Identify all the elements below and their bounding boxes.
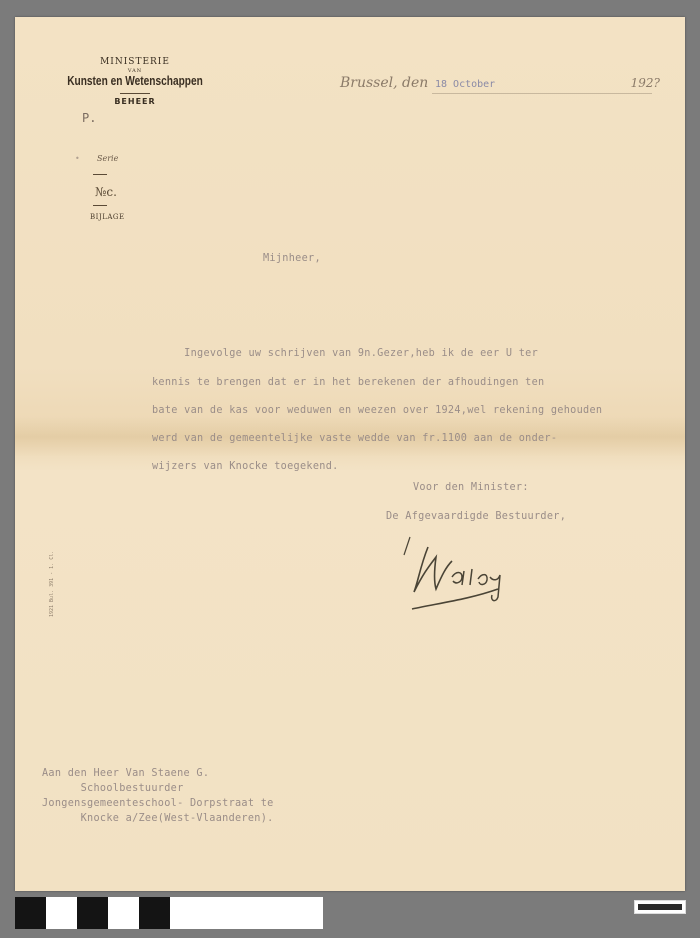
scale-swatch-white bbox=[108, 897, 139, 929]
scale-swatch-white bbox=[46, 897, 77, 929]
color-scale-bar bbox=[15, 897, 323, 929]
serie-divider bbox=[93, 174, 107, 175]
letterhead-department: BEHEER bbox=[45, 97, 225, 106]
signature bbox=[390, 527, 570, 622]
body-line: Ingevolge uw schrijven van 9n.Gezer,heb … bbox=[152, 348, 538, 359]
letterhead-ministerie: MINISTERIE bbox=[45, 57, 225, 67]
body-line: kennis te brengen dat er in het berekene… bbox=[152, 377, 544, 388]
scale-swatch-white-wide bbox=[170, 897, 323, 929]
letterhead: MINISTERIE VAN Kunsten en Wetenschappen … bbox=[45, 57, 225, 106]
salutation: Mijnheer, bbox=[263, 253, 321, 264]
body-line: bate van de kas voor weduwen en weezen o… bbox=[152, 405, 602, 416]
address-line: Aan den Heer Van Staene G. bbox=[42, 766, 209, 781]
side-print: 1921 Bul. 391 - 1. Cl. bbox=[49, 551, 55, 617]
label-barcode bbox=[638, 904, 682, 910]
scale-swatch-black bbox=[77, 897, 108, 929]
address-line: Jongensgemeenteschool- Dorpstraat te bbox=[42, 796, 274, 811]
date-value: 18 October bbox=[435, 79, 495, 90]
date-year: 192? bbox=[631, 76, 660, 90]
scale-swatch-black bbox=[15, 897, 46, 929]
date-underline bbox=[432, 93, 652, 94]
letter-page: MINISTERIE VAN Kunsten en Wetenschappen … bbox=[15, 17, 685, 891]
closing-line-1: Voor den Minister: bbox=[413, 482, 529, 493]
closing-line-2: De Afgevaardigde Bestuurder, bbox=[386, 511, 566, 522]
address-line: Knocke a/Zee(West-Vlaanderen). bbox=[42, 811, 274, 826]
number-label: №c. bbox=[95, 185, 117, 199]
dateline: Brussel, den 18 October 192? bbox=[340, 75, 670, 95]
archive-label-tag bbox=[634, 900, 686, 914]
serie-marker: • bbox=[75, 154, 80, 163]
letterhead-ministry-name: Kunsten en Wetenschappen bbox=[65, 73, 205, 88]
date-place: Brussel, den bbox=[340, 75, 428, 91]
department-code: P. bbox=[82, 111, 96, 125]
body-line: wijzers van Knocke toegekend. bbox=[152, 461, 339, 472]
serie-label: Serie bbox=[97, 154, 118, 163]
number-divider bbox=[93, 205, 107, 206]
address-line: Schoolbestuurder bbox=[42, 781, 184, 796]
bijlage-label: BIJLAGE bbox=[90, 213, 125, 221]
letterhead-divider bbox=[120, 93, 150, 94]
scale-swatch-black bbox=[139, 897, 170, 929]
body-line: werd van de gemeentelijke vaste wedde va… bbox=[152, 433, 557, 444]
